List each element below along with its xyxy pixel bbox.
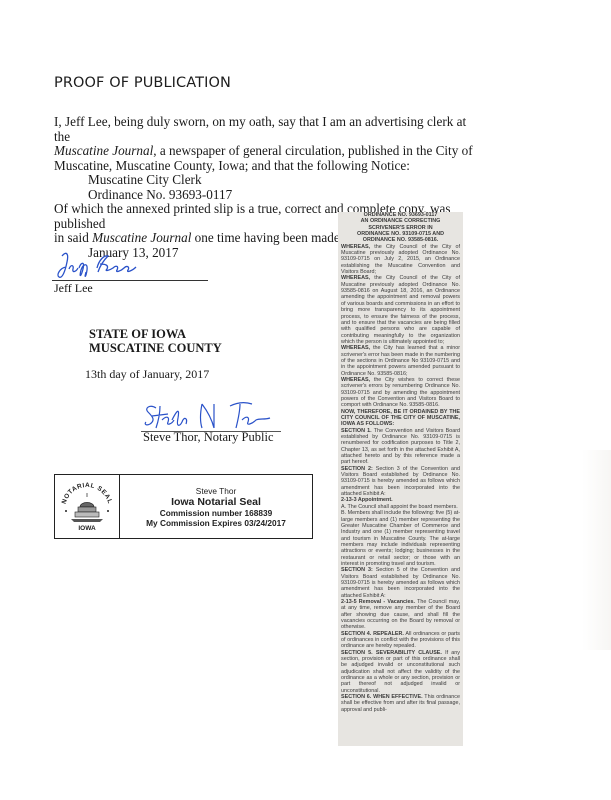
affidavit-line-5-prefix: in said <box>54 230 92 245</box>
state-name: STATE OF IOWA <box>89 327 222 341</box>
affiant-signature <box>52 250 208 280</box>
newspaper-name: Muscatine Journal <box>54 143 153 158</box>
notary-seal-stamp: NOTARIAL SEAL IOWA Steve Thor Iowa Notar… <box>54 474 313 539</box>
document-title: PROOF OF PUBLICATION <box>54 75 231 91</box>
affidavit-line-1-text: I, Jeff Lee, being duly sworn, on my oat… <box>54 114 466 144</box>
clipping-paragraph: SECTION 4. REPEALER. All ordinances or p… <box>341 631 460 650</box>
clipping-paragraph: B. Members shall include the following: … <box>341 510 460 567</box>
seal-notary-name: Steve Thor <box>196 486 236 496</box>
clipping-body: WHEREAS, the City Council of the City of… <box>341 244 460 713</box>
clipping-paragraph: WHEREAS, the City Council of the City of… <box>341 275 460 345</box>
jurisdiction: STATE OF IOWA MUSCATINE COUNTY <box>89 327 222 355</box>
affidavit-line-2-rest: , a newspaper of general circulation, pu… <box>153 143 472 158</box>
newspaper-name-2: Muscatine Journal <box>92 230 191 245</box>
notice-ordinance: Ordinance No. 93693-0117 <box>54 188 474 203</box>
clipping-paragraph: WHEREAS, the City Council of the City of… <box>341 244 460 276</box>
notary-name: Steve Thor, Notary Public <box>143 430 274 445</box>
seal-commission-expiry: My Commission Expires 03/24/2017 <box>146 518 286 528</box>
notarial-seal-emblem: NOTARIAL SEAL IOWA <box>55 475 120 538</box>
scan-edge-shadow <box>582 450 611 650</box>
affidavit-line-3: Muscatine, Muscatine County, Iowa; and t… <box>54 159 474 174</box>
newspaper-clipping: ORDINANCE NO. 93693-0117AN ORDINANCE COR… <box>338 212 463 746</box>
seal-commission-number: Commission number 168839 <box>160 508 273 518</box>
clipping-paragraph: NOW, THEREFORE, BE IT ORDAINED BY THE CI… <box>341 409 460 428</box>
clipping-paragraph: SECTION 1. The Convention and Visitors B… <box>341 428 460 466</box>
clipping-paragraph: WHEREAS, the City wishes to correct thes… <box>341 377 460 409</box>
county-name: MUSCATINE COUNTY <box>89 341 222 355</box>
notarized-date: 13th day of January, 2017 <box>85 367 209 382</box>
affiant-name: Jeff Lee <box>54 281 93 296</box>
clipping-paragraph: SECTION 6. WHEN EFFECTIVE. This ordinanc… <box>341 694 460 713</box>
affidavit-line-1: I, Jeff Lee, being duly sworn, on my oat… <box>54 115 474 144</box>
clipping-paragraph: 2-13-5 Removal - Vacancies. The Council … <box>341 599 460 631</box>
capitol-dome-icon: NOTARIAL SEAL IOWA <box>55 475 119 538</box>
notary-signature <box>142 398 277 434</box>
clipping-paragraph: SECTION 5. SEVERABILITY CLAUSE. If any s… <box>341 650 460 694</box>
notice-from: Muscatine City Clerk <box>54 173 474 188</box>
clipping-paragraph: WHEREAS, the City has learned that a min… <box>341 345 460 377</box>
clipping-heading: ORDINANCE NO. 93693-0117AN ORDINANCE COR… <box>341 212 460 244</box>
notary-seal-details: Steve Thor Iowa Notarial Seal Commission… <box>120 475 312 538</box>
clipping-paragraph: SECTION 3: Section 5 of the Convention a… <box>341 567 460 599</box>
seal-bottom-text: IOWA <box>78 525 96 532</box>
clipping-paragraph: SECTION 2: Section 3 of the Convention a… <box>341 466 460 498</box>
affidavit-line-2: Muscatine Journal, a newspaper of genera… <box>54 144 474 159</box>
seal-title: Iowa Notarial Seal <box>171 496 261 508</box>
